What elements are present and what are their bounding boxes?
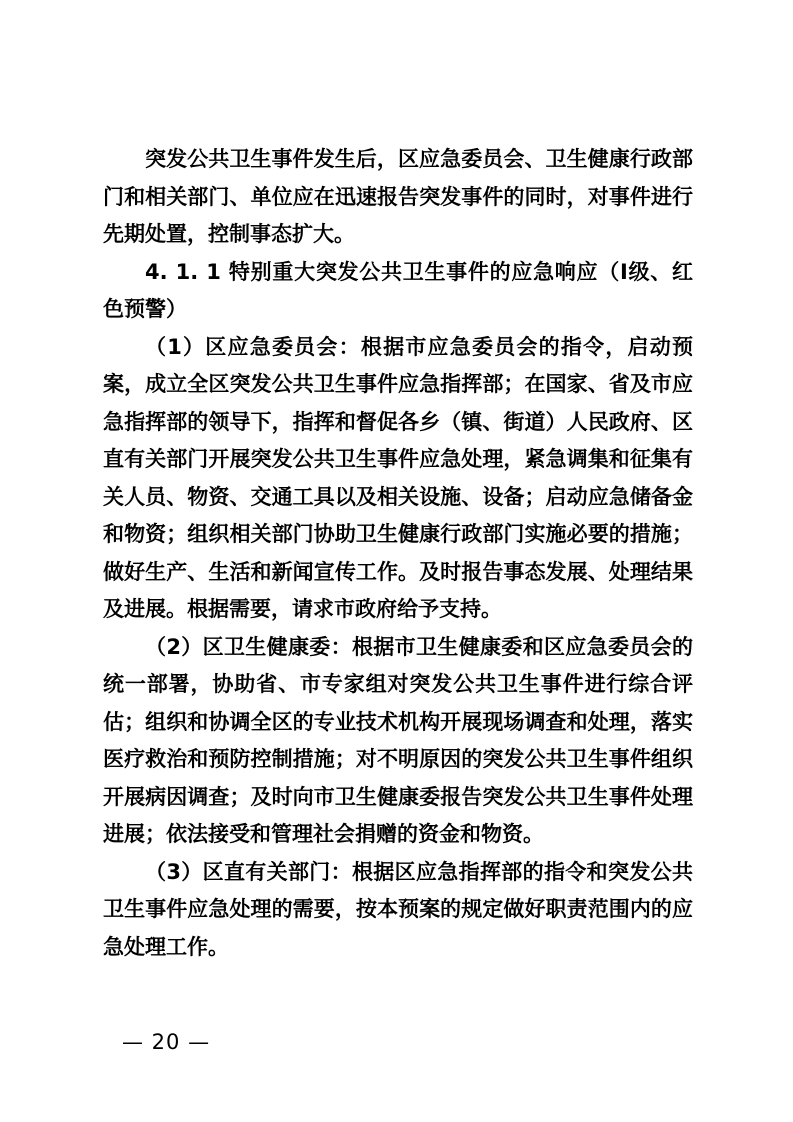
paragraph-item-1-emergency-committee: （1）区应急委员会：根据市应急委员会的指令，启动预案，成立全区突发公共卫生事件应…: [103, 329, 693, 629]
section-heading-4-1-1: 4. 1. 1 特别重大突发公共卫生事件的应急响应（Ⅰ级、红色预警）: [103, 254, 693, 329]
paragraph-initial-response: 突发公共卫生事件发生后，区应急委员会、卫生健康行政部门和相关部门、单位应在迅速报…: [103, 141, 693, 254]
document-body: 突发公共卫生事件发生后，区应急委员会、卫生健康行政部门和相关部门、单位应在迅速报…: [103, 141, 693, 966]
paragraph-item-2-health-commission: （2）区卫生健康委：根据市卫生健康委和区应急委员会的统一部署，协助省、市专家组对…: [103, 629, 693, 854]
paragraph-item-3-district-departments: （3）区直有关部门：根据区应急指挥部的指令和突发公共卫生事件应急处理的需要，按本…: [103, 854, 693, 967]
page-number: — 20 —: [122, 1030, 210, 1054]
document-page: 突发公共卫生事件发生后，区应急委员会、卫生健康行政部门和相关部门、单位应在迅速报…: [0, 0, 793, 1122]
